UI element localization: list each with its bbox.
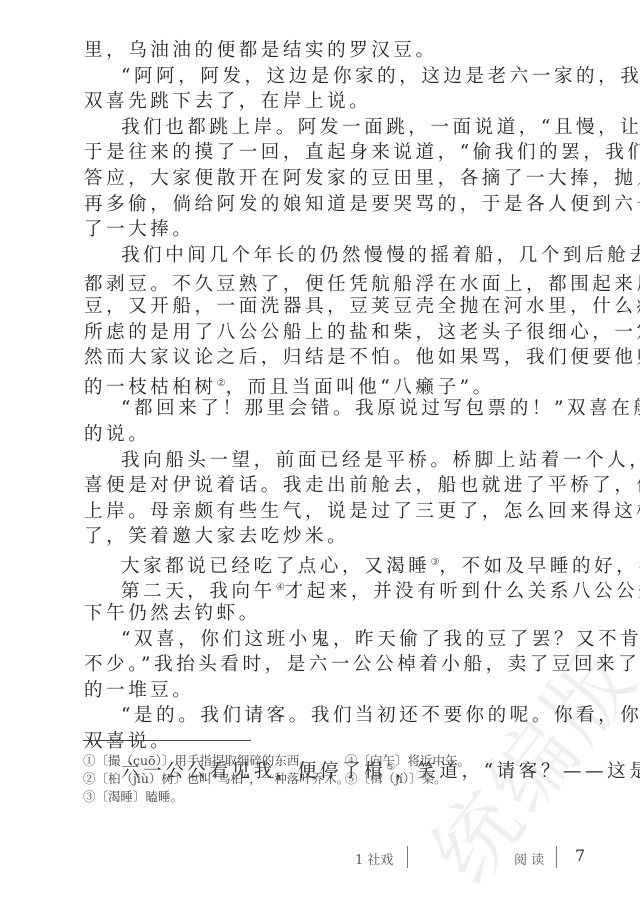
text-line: 了一大捧。 [84, 217, 584, 243]
text-line: 我们也都跳上岸。阿发一面跳，一面说道，“且慢，让我来看一看罢。”他 [84, 115, 584, 141]
text-line: 里，乌油油的便都是结实的罗汉豆。 [84, 38, 584, 64]
text-line: 豆，又开船，一面洗器具，豆荚豆壳全抛在河水里，什么痕迹也没有了。双喜 [84, 294, 584, 320]
line-text: 都剥豆。不久豆熟了，便任凭航船浮在水面上，都围起来用手撮 [84, 274, 640, 295]
line-text: “双喜，你们这班小鬼，昨天偷了我的豆了罢？又不肯好好的摘，踏坏了 [121, 629, 640, 650]
line-text: “阿阿，阿发，这边是你家的，这边是老六一家的，我们偷那一边的呢？” [121, 66, 640, 87]
line-text: “都回来了！那里会错。我原说过写包票的！”双喜在船头上忽而大声 [121, 398, 640, 419]
line-text: 答应，大家便散开在阿发家的豆田里，各摘了一大捧，抛入船舱中。双喜以为 [84, 168, 640, 189]
footnote-row: ③〔渴睡〕瞌睡。 [83, 788, 583, 806]
footnote-divider [83, 740, 251, 741]
line-text: 了，笑着邀大家去吃炒米。 [84, 526, 349, 547]
line-text: 里，乌油油的便都是结实的罗汉豆。 [84, 40, 438, 61]
text-line: “是的。我们请客。我们当初还不要你的呢。你看，你把我的虾吓跑了！” [84, 703, 584, 729]
line-text: 的一堆豆。 [84, 680, 195, 701]
footnote-2: ②〔桕（jiù）树〕也叫“乌桕”，一种落叶乔木。 [83, 770, 345, 788]
line-text: “是的。我们请客。我们当初还不要你的呢。你看，你把我的虾吓跑了！” [121, 705, 640, 726]
page-number: 7 [575, 846, 585, 865]
line-text: 双喜说。 [84, 731, 172, 752]
chapter-label: 1 社戏 [355, 849, 393, 868]
footer-divider [407, 846, 408, 868]
line-text: 的说。 [84, 424, 150, 445]
text-line: 的一枝枯桕树②，而且当面叫他“八癞子”。 [84, 371, 584, 397]
line-text: ，而且当面叫他“八癞子”。 [226, 377, 495, 398]
footnote-row: ②〔桕（jiù）树〕也叫“乌桕”，一种落叶乔木。 ⑤〔楫（jí）〕桨。 [83, 770, 583, 788]
line-text: 了一大捧。 [84, 219, 195, 240]
text-line: 双喜先跳下去了，在岸上说。 [84, 89, 584, 115]
line-text: 然而大家议论之后，归结是不怕。他如果骂，我们便要他归还去年在岸边拾去 [84, 347, 640, 368]
text-line: 我向船头一望，前面已经是平桥。桥脚上站着一个人，却是我的母亲，双 [84, 448, 584, 474]
line-text: 豆，又开船，一面洗器具，豆荚豆壳全抛在河水里，什么痕迹也没有了。双喜 [84, 296, 640, 317]
footnotes: ①〔撮（cuō）〕用手指捏取细碎的东西。 ④〔向午〕将近中午。 ②〔桕（jiù）… [83, 752, 583, 806]
text-line: 然而大家议论之后，归结是不怕。他如果骂，我们便要他归还去年在岸边拾去 [84, 345, 584, 371]
text-line: 双喜说。 [84, 729, 584, 755]
line-text: 不少。”我抬头看时，是六一公公棹着小船，卖了豆回来了，船肚里还有剩下 [84, 654, 640, 675]
line-text: 双喜先跳下去了，在岸上说。 [84, 91, 371, 112]
text-line: “都回来了！那里会错。我原说过写包票的！”双喜在船头上忽而大声 [84, 396, 584, 422]
line-text: 下午仍然去钓虾。 [84, 603, 261, 624]
footnote-marker: ② [217, 378, 226, 389]
page-footer: 1 社戏 阅 读 7 [0, 846, 640, 870]
footnote-marker: ④ [276, 582, 285, 593]
footer-divider [556, 846, 557, 868]
line-text: 的一枝枯桕树 [84, 377, 217, 398]
line-text: 我向船头一望，前面已经是平桥。桥脚上站着一个人，却是我的母亲，双 [121, 450, 640, 471]
text-line: 第二天，我向午④才起来，并没有听到什么关系八公公盐柴事件的纠葛， [84, 575, 584, 601]
text-line: 不少。”我抬头看时，是六一公公棹着小船，卖了豆回来了，船肚里还有剩下 [84, 652, 584, 678]
text-line: “双喜，你们这班小鬼，昨天偷了我的豆了罢？又不肯好好的摘，踏坏了 [84, 627, 584, 653]
text-line: 下午仍然去钓虾。 [84, 601, 584, 627]
footnote-5: ⑤〔楫（jí）〕桨。 [345, 770, 447, 788]
text-line: 于是往来的摸了一回，直起身来说道，“偷我们的罢，我们的大得多呢。”一声 [84, 140, 584, 166]
text-line: 大家都说已经吃了点心，又渴睡③，不如及早睡的好，各自回去了。 [84, 550, 584, 576]
line-text: ，不如及早睡的好，各自回去了。 [439, 556, 640, 577]
text-line: 答应，大家便散开在阿发家的豆田里，各摘了一大捧，抛入船舱中。双喜以为 [84, 166, 584, 192]
line-text: 我们中间几个年长的仍然慢慢的摇着船，几个到后舱去生火，年幼的和我 [121, 245, 640, 266]
text-line: 我们中间几个年长的仍然慢慢的摇着船，几个到后舱去生火，年幼的和我 [84, 243, 584, 269]
line-text: 上岸。母亲颇有些生气，说是过了三更了，怎么回来得这样迟，但也就高兴 [84, 501, 640, 522]
section-label: 阅 读 [514, 849, 544, 868]
text-line: 都剥豆。不久豆熟了，便任凭航船浮在水面上，都围起来用手撮①着吃。吃完 [84, 268, 584, 294]
body-text: 里，乌油油的便都是结实的罗汉豆。“阿阿，阿发，这边是你家的，这边是老六一家的，我… [84, 38, 584, 780]
footnote-1: ①〔撮（cuō）〕用手指捏取细碎的东西。 [83, 752, 345, 770]
line-text: 喜便是对伊说着话。我走出前舱去，船也就进了平桥了，停了船，我们纷纷都 [84, 475, 640, 496]
text-line: 再多偷，倘给阿发的娘知道是要哭骂的，于是各人便到六一公公的田里又各偷 [84, 192, 584, 218]
line-text: 再多偷，倘给阿发的娘知道是要哭骂的，于是各人便到六一公公的田里又各偷 [84, 194, 640, 215]
line-text: 第二天，我向午 [121, 581, 276, 602]
line-text: 所虑的是用了八公公船上的盐和柴，这老头子很细心，一定要知道，会骂的。 [84, 322, 640, 343]
textbook-page: 里，乌油油的便都是结实的罗汉豆。“阿阿，阿发，这边是你家的，这边是老六一家的，我… [0, 0, 640, 904]
text-line: 的说。 [84, 422, 584, 448]
footnote-row: ①〔撮（cuō）〕用手指捏取细碎的东西。 ④〔向午〕将近中午。 [83, 752, 583, 770]
text-line: 上岸。母亲颇有些生气，说是过了三更了，怎么回来得这样迟，但也就高兴 [84, 499, 584, 525]
text-line: 了，笑着邀大家去吃炒米。 [84, 524, 584, 550]
line-text: 大家都说已经吃了点心，又渴睡 [121, 556, 430, 577]
line-text: 才起来，并没有听到什么关系八公公盐柴事件的纠葛， [285, 581, 640, 602]
text-line: 的一堆豆。 [84, 678, 584, 704]
text-line: “阿阿，阿发，这边是你家的，这边是老六一家的，我们偷那一边的呢？” [84, 64, 584, 90]
text-line: 所虑的是用了八公公船上的盐和柴，这老头子很细心，一定要知道，会骂的。 [84, 320, 584, 346]
text-line: 喜便是对伊说着话。我走出前舱去，船也就进了平桥了，停了船，我们纷纷都 [84, 473, 584, 499]
line-text: 于是往来的摸了一回，直起身来说道，“偷我们的罢，我们的大得多呢。”一声 [84, 142, 640, 163]
line-text: 我们也都跳上岸。阿发一面跳，一面说道，“且慢，让我来看一看罢。”他 [121, 117, 640, 138]
footnote-3: ③〔渴睡〕瞌睡。 [83, 788, 345, 806]
footnote-4: ④〔向午〕将近中午。 [345, 752, 470, 770]
